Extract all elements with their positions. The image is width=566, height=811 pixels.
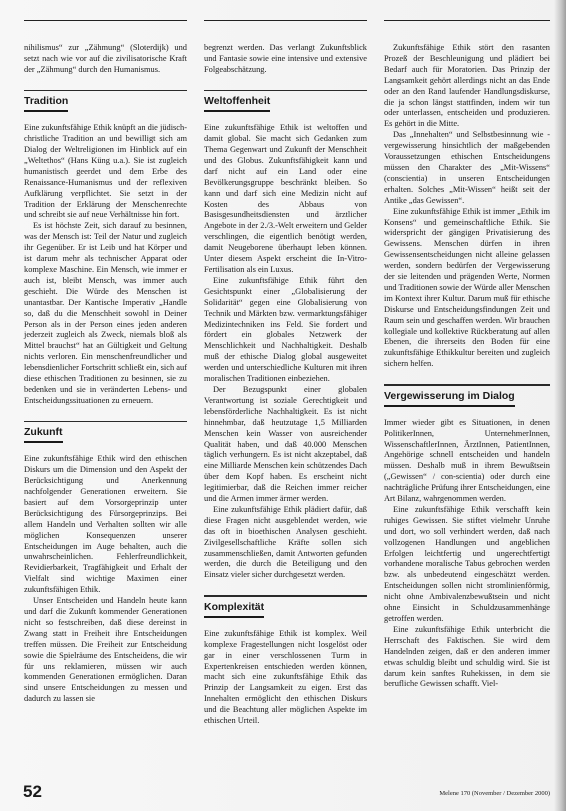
column-middle: begrenzt werden. Das verlangt Zukunftsbl… (204, 20, 367, 727)
intro-paragraph-3: Eine zukunftsfähige Ethik ist immer „Eth… (384, 207, 550, 371)
heading-komplexitaet: Komplexität (204, 600, 264, 618)
top-rule (24, 20, 187, 21)
intro-paragraph-1: Zukunftsfähige Ethik stört den rasanten … (384, 43, 550, 130)
column-left: nihilismus“ zur „Zähmung“ (Sloterdijk) u… (24, 20, 187, 705)
column-right: Zukunftsfähige Ethik stört den rasanten … (384, 20, 550, 690)
heading-weltoffenheit: Weltoffenheit (204, 94, 270, 112)
vergewisserung-paragraph-2: Eine zukunftsfähige Ethik verschafft kei… (384, 505, 550, 625)
intro-text: begrenzt werden. Das verlangt Zukunftsbl… (204, 43, 367, 76)
heading-zukunft: Zukunft (24, 425, 63, 443)
section-divider (204, 90, 367, 92)
tradition-paragraph-1: Eine zukunftsfähige Ethik knüpft an die … (24, 123, 187, 221)
section-divider (24, 90, 187, 92)
document-page: nihilismus“ zur „Zähmung“ (Sloterdijk) u… (0, 0, 566, 811)
weltoffenheit-paragraph-3: Der Bezugspunkt einer globalen Verantwor… (204, 385, 367, 505)
zukunft-paragraph-2: Unser Entscheiden und Handeln heute kann… (24, 596, 187, 705)
zukunft-paragraph-1: Eine zukunftsfähige Ethik wird den ethis… (24, 454, 187, 596)
intro-text: nihilismus“ zur „Zähmung“ (Sloterdijk) u… (24, 43, 187, 76)
komplexitaet-paragraph-1: Eine zukunftsfähige Ethik ist komplex. W… (204, 629, 367, 727)
section-divider (384, 384, 550, 386)
section-divider (204, 595, 367, 597)
heading-vergewisserung: Vergewisserung im Dialog (384, 389, 515, 407)
intro-paragraph-2: Das „Innehalten“ und Selbstbesinnung wie… (384, 130, 550, 206)
vergewisserung-paragraph-1: Immer wieder gibt es Situationen, in den… (384, 418, 550, 505)
page-number: 52 (23, 782, 42, 802)
page-edge-shadow (554, 0, 566, 811)
footer-source: Melene 170 (November / Dezember 2000) (439, 790, 550, 797)
heading-tradition: Tradition (24, 94, 68, 112)
weltoffenheit-paragraph-2: Eine zukunftsfähige Ethik führt den Gesi… (204, 276, 367, 385)
section-divider (24, 421, 187, 423)
weltoffenheit-paragraph-4: Eine zukunftsfähige Ethik plädiert dafür… (204, 505, 367, 581)
top-rule (384, 20, 550, 21)
vergewisserung-paragraph-3: Eine zukunftsfähige Ethik unterbricht di… (384, 625, 550, 690)
top-rule (204, 20, 367, 21)
weltoffenheit-paragraph-1: Eine zukunftsfähige Ethik ist weltoffen … (204, 123, 367, 276)
tradition-paragraph-2: Es ist höchste Zeit, sich darauf zu besi… (24, 221, 187, 406)
